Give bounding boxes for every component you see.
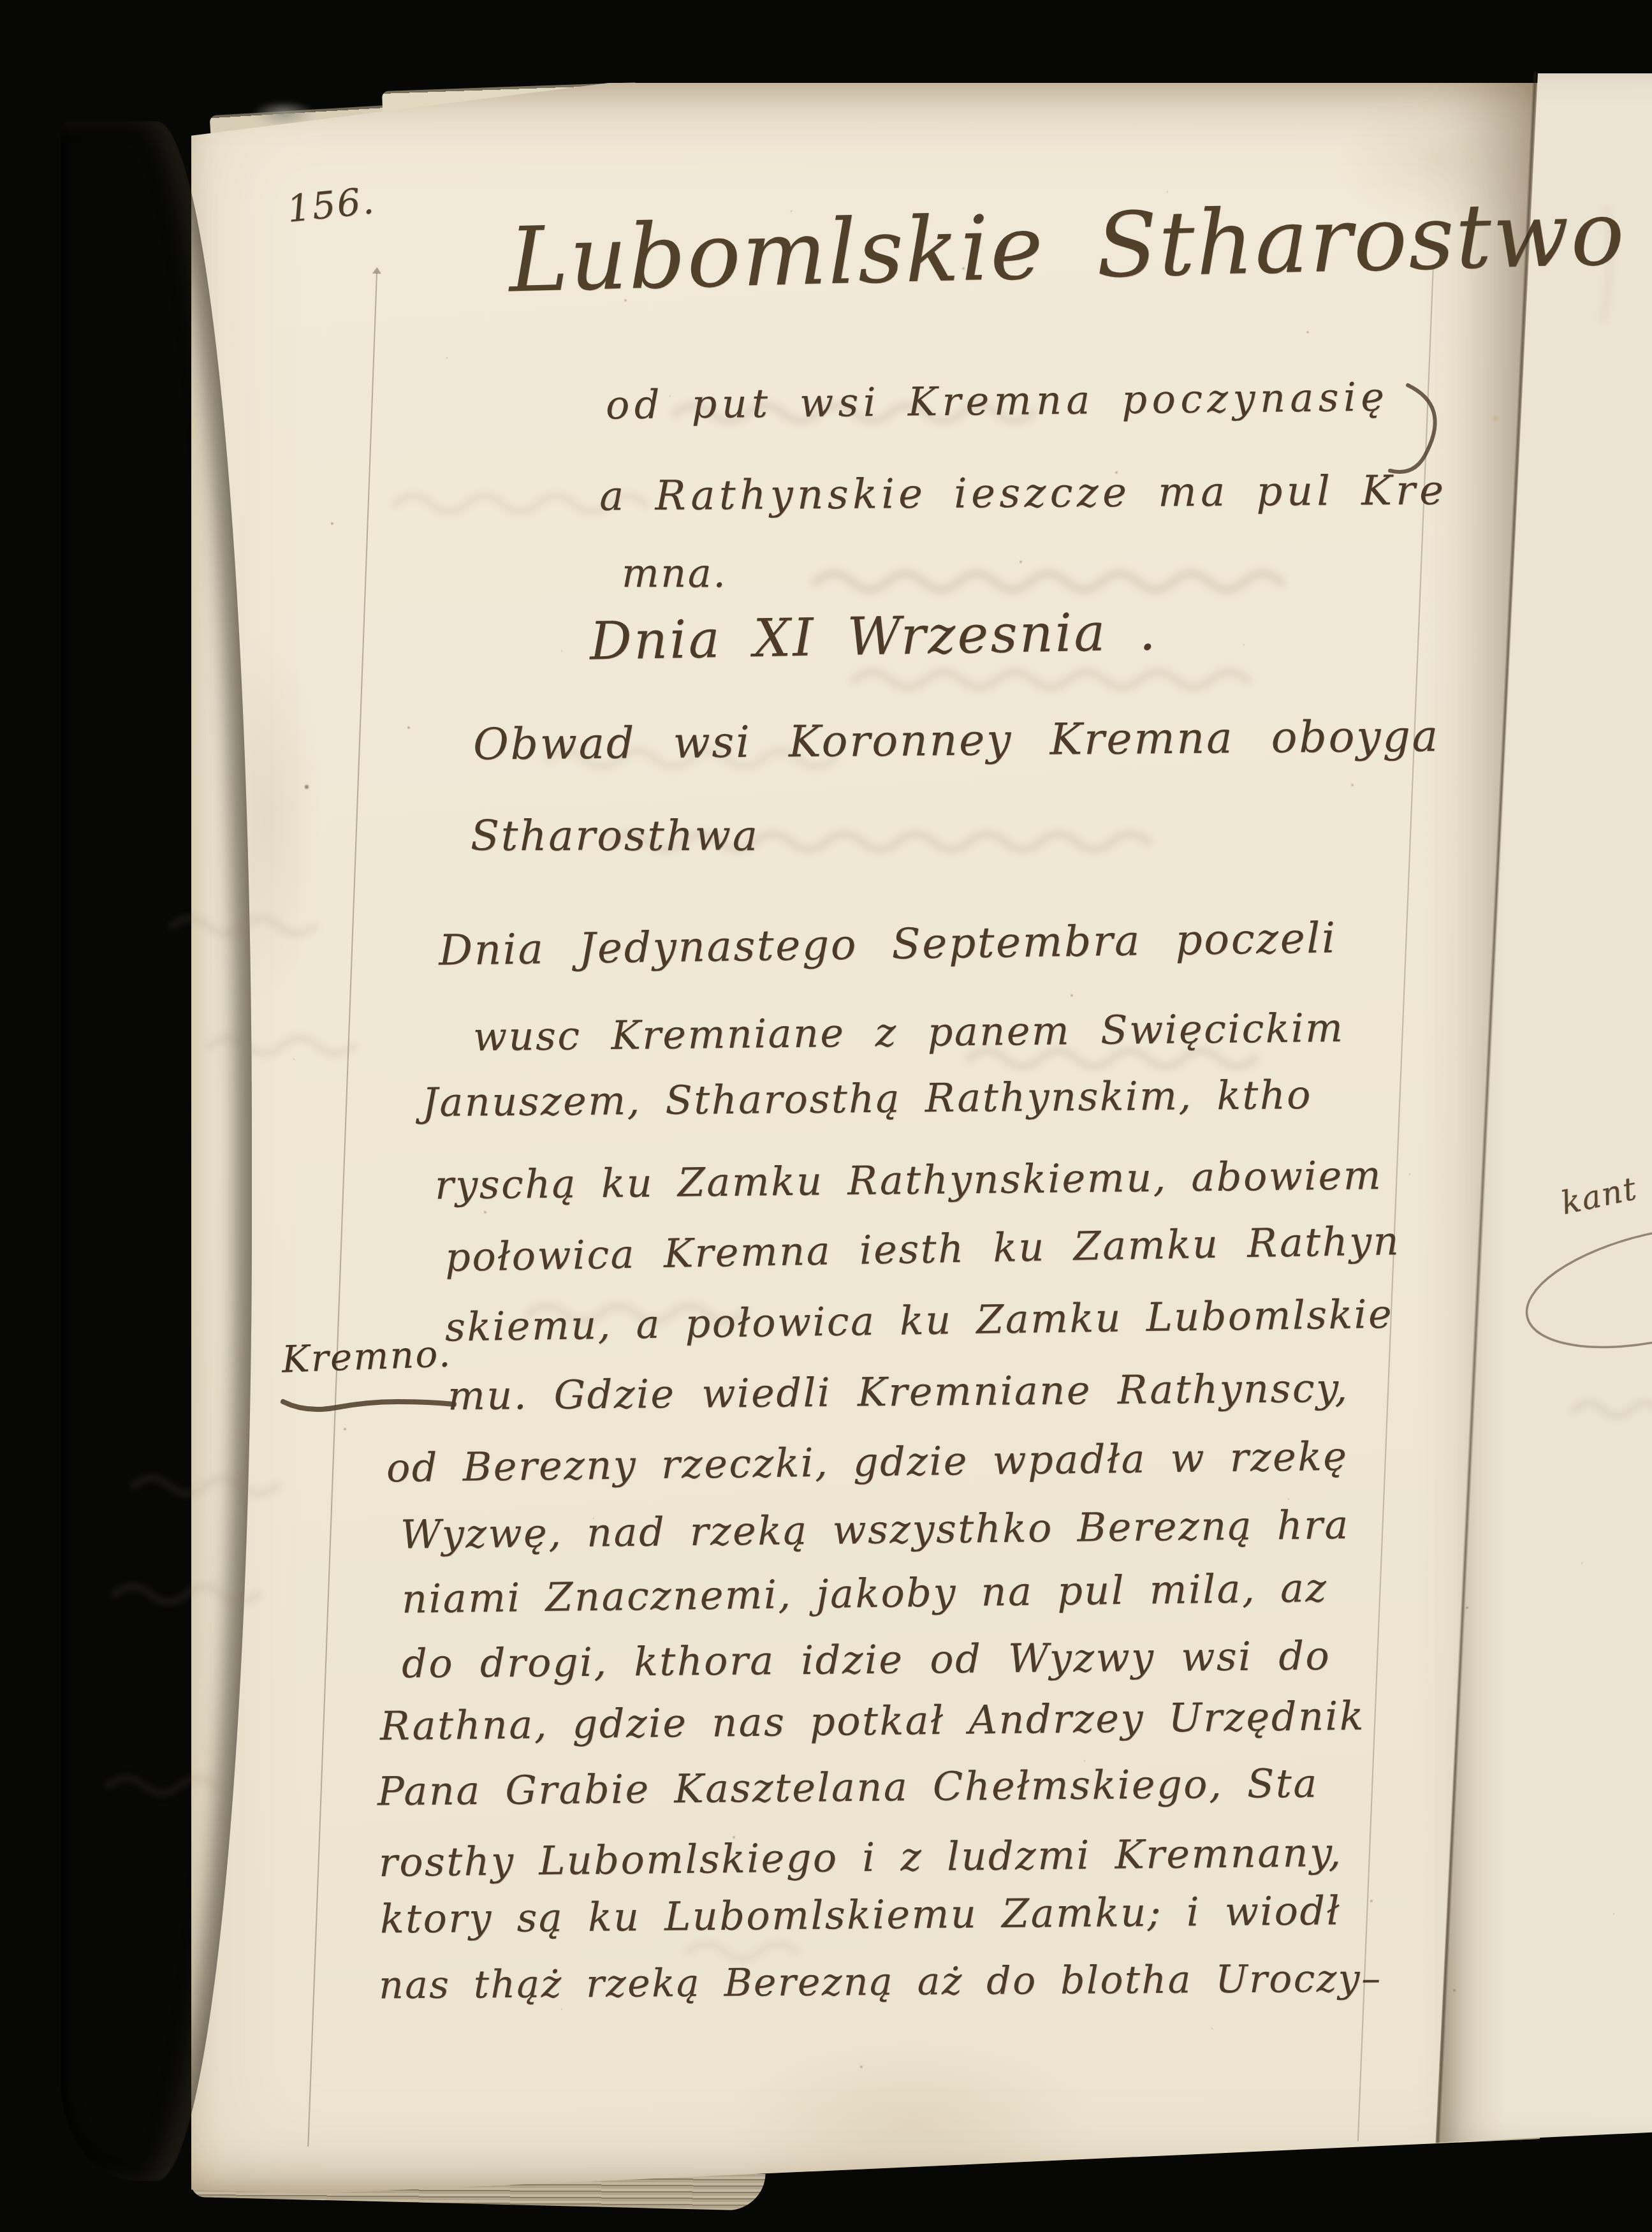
- manuscript-line: ryschą ku Zamku Rathynskiemu, abowiem: [435, 1156, 1383, 1205]
- manuscript-title: Lubomlskie Stharostwo: [508, 189, 1627, 306]
- page-number: 156.: [285, 182, 377, 228]
- manuscript-line: ktory są ku Lubomlskiemu Zamku; i wiodł: [380, 1891, 1341, 1939]
- manuscript-line: od put wsi Kremna poczynasię: [606, 378, 1389, 425]
- manuscript-line: Dnia XI Wrzesnia .: [589, 606, 1158, 668]
- manuscript-line: Dnia Jedynastego Septembra poczeli: [439, 917, 1338, 972]
- manuscript-line: Stharosthwa: [471, 815, 759, 857]
- manuscript-line: nas thąż rzeką Berezną aż do blotha Uroc…: [379, 1960, 1382, 2005]
- manuscript-line: wusc Kremniane z panem Swięcickim: [473, 1008, 1345, 1057]
- margin-note-kremno: Kremno.: [281, 1335, 452, 1377]
- manuscript-line: Januszem, Stharosthą Rathynskim, ktho: [422, 1075, 1312, 1122]
- line-end-flourish: [1390, 385, 1435, 472]
- manuscript-line: od Berezny rzeczki, gdzie wpadła w rzekę: [386, 1437, 1349, 1488]
- manuscript-scan: 156. Lubomlskie Stharostwo od put wsi Kr…: [0, 0, 1652, 2232]
- manuscript-line: Rathna, gdzie nas potkał Andrzey Urzędni…: [380, 1696, 1365, 1746]
- margin-oval-flourish: [1515, 1205, 1652, 1369]
- manuscript-line: Pana Grabie Kasztelana Chełmskiego, Sta: [377, 1764, 1319, 1812]
- manuscript-line: mu. Gdzie wiedli Kremniane Rathynscy,: [448, 1369, 1349, 1416]
- manuscript-line: a Rathynskie ieszcze ma pul Kre: [599, 470, 1448, 517]
- manuscript-line: do drogi, kthora idzie od Wyzwy wsi do: [402, 1636, 1331, 1684]
- manuscript-line: Obwad wsi Koronney Kremna oboyga: [473, 715, 1440, 767]
- manuscript-line: mna.: [622, 554, 727, 593]
- manuscript-line: Wyzwę, nad rzeką wszysthko Berezną hra: [400, 1505, 1350, 1555]
- manuscript-line: niami Znacznemi, jakoby na pul mila, az: [402, 1568, 1328, 1619]
- manuscript-line: rosthy Lubomlskiego i z ludzmi Kremnany,: [379, 1833, 1343, 1883]
- kremno-underline: [283, 1402, 454, 1409]
